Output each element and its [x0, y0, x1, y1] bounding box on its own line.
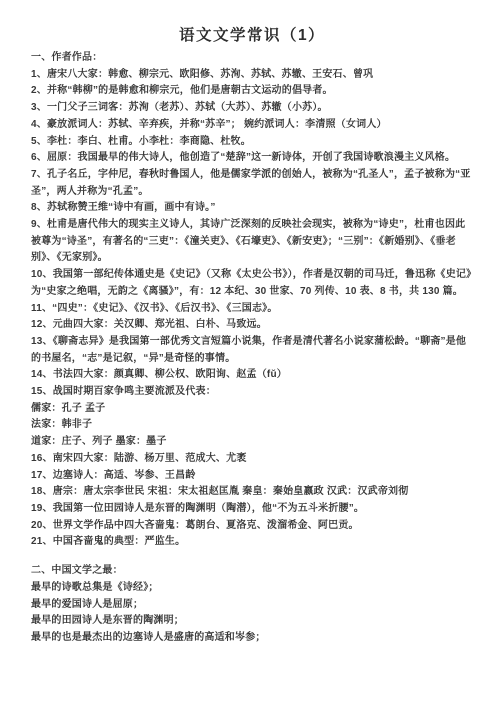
paragraph: 道家：庄子、列子 墨家：墨子	[31, 434, 473, 451]
section-items: 1、唐宋八大家：韩愈、柳宗元、欧阳修、苏洵、苏轼、苏辙、王安石、曾巩2、并称“韩…	[31, 67, 473, 551]
paragraph: 13、《聊斋志异》是我国第一部优秀文言短篇小说集，作者是清代著名小说家蒲松龄。“…	[31, 334, 473, 367]
section-heading: 二、中国文学之最：	[31, 563, 473, 580]
paragraph: 法家：韩非子	[31, 417, 473, 434]
paragraph: 20、世界文学作品中四大吝啬鬼：葛朗台、夏洛克、泼溜希金、阿巴贡。	[31, 518, 473, 535]
paragraph: 1、唐宋八大家：韩愈、柳宗元、欧阳修、苏洵、苏轼、苏辙、王安石、曾巩	[31, 67, 473, 84]
paragraph: 17、边塞诗人：高适、岑参、王昌龄	[31, 468, 473, 485]
paragraph: 最早的诗歌总集是《诗经》；	[31, 580, 473, 597]
section-literature-most: 二、中国文学之最： 最早的诗歌总集是《诗经》；最早的爱国诗人是屈原；最早的田园诗…	[31, 563, 473, 647]
paragraph: 最早的爱国诗人是屈原；	[31, 597, 473, 614]
paragraph: 最早的也是最杰出的边塞诗人是盛唐的高适和岑参；	[31, 630, 473, 647]
paragraph: 11、“四史”：《史记》、《汉书》、《后汉书》、《三国志》。	[31, 301, 473, 318]
section-items: 最早的诗歌总集是《诗经》；最早的爱国诗人是屈原；最早的田园诗人是东晋的陶渊明；最…	[31, 580, 473, 647]
paragraph: 8、苏轼称赞王维“诗中有画，画中有诗。”	[31, 200, 473, 217]
paragraph: 18、唐宗：唐太宗李世民 宋祖：宋太祖赵匡胤 秦皇：秦始皇嬴政 汉武：汉武帝刘彻	[31, 484, 473, 501]
paragraph: 14、书法四大家：颜真卿、柳公权、欧阳询、赵孟（fǔ）	[31, 367, 473, 384]
paragraph: 4、豪放派词人：苏轼、辛弃疾，并称“苏辛”； 婉约派词人：李清照（女词人）	[31, 117, 473, 134]
paragraph: 6、屈原：我国最早的伟大诗人，他创造了“楚辞”这一新诗体，开创了我国诗歌浪漫主义…	[31, 150, 473, 167]
paragraph: 3、一门父子三词客：苏洵（老苏）、苏轼（大苏）、苏辙（小苏）。	[31, 100, 473, 117]
paragraph: 5、李杜：李白、杜甫。小李杜：李商隐、杜牧。	[31, 134, 473, 151]
paragraph: 最早的田园诗人是东晋的陶渊明；	[31, 613, 473, 630]
paragraph: 19、我国第一位田园诗人是东晋的陶渊明（陶潜），他“不为五斗米折腰”。	[31, 501, 473, 518]
paragraph: 9、杜甫是唐代伟大的现实主义诗人，其诗广泛深刻的反映社会现实，被称为“诗史”，杜…	[31, 217, 473, 267]
paragraph: 7、孔子名丘，字仲尼，春秋时鲁国人，他是儒家学派的创始人，被称为“孔圣人”，孟子…	[31, 167, 473, 200]
paragraph: 儒家：孔子 孟子	[31, 401, 473, 418]
page-title: 语文文学常识（1）	[31, 26, 473, 45]
section-authors-works: 一、作者作品： 1、唐宋八大家：韩愈、柳宗元、欧阳修、苏洵、苏轼、苏辙、王安石、…	[31, 50, 473, 551]
section-heading: 一、作者作品：	[31, 50, 473, 67]
document-page: 语文文学常识（1） 一、作者作品： 1、唐宋八大家：韩愈、柳宗元、欧阳修、苏洵、…	[0, 0, 500, 708]
paragraph: 12、元曲四大家：关汉卿、郑光祖、白朴、马致远。	[31, 317, 473, 334]
paragraph: 16、南宋四大家：陆游、杨万里、范成大、尤袤	[31, 451, 473, 468]
paragraph: 15、战国时期百家争鸣主要流派及代表：	[31, 384, 473, 401]
paragraph: 21、中国吝啬鬼的典型：严监生。	[31, 534, 473, 551]
paragraph: 2、并称“韩柳”的是韩愈和柳宗元，他们是唐朝古文运动的倡导者。	[31, 83, 473, 100]
paragraph: 10、我国第一部纪传体通史是《史记》（又称《太史公书》），作者是汉朝的司马迁，鲁…	[31, 267, 473, 300]
